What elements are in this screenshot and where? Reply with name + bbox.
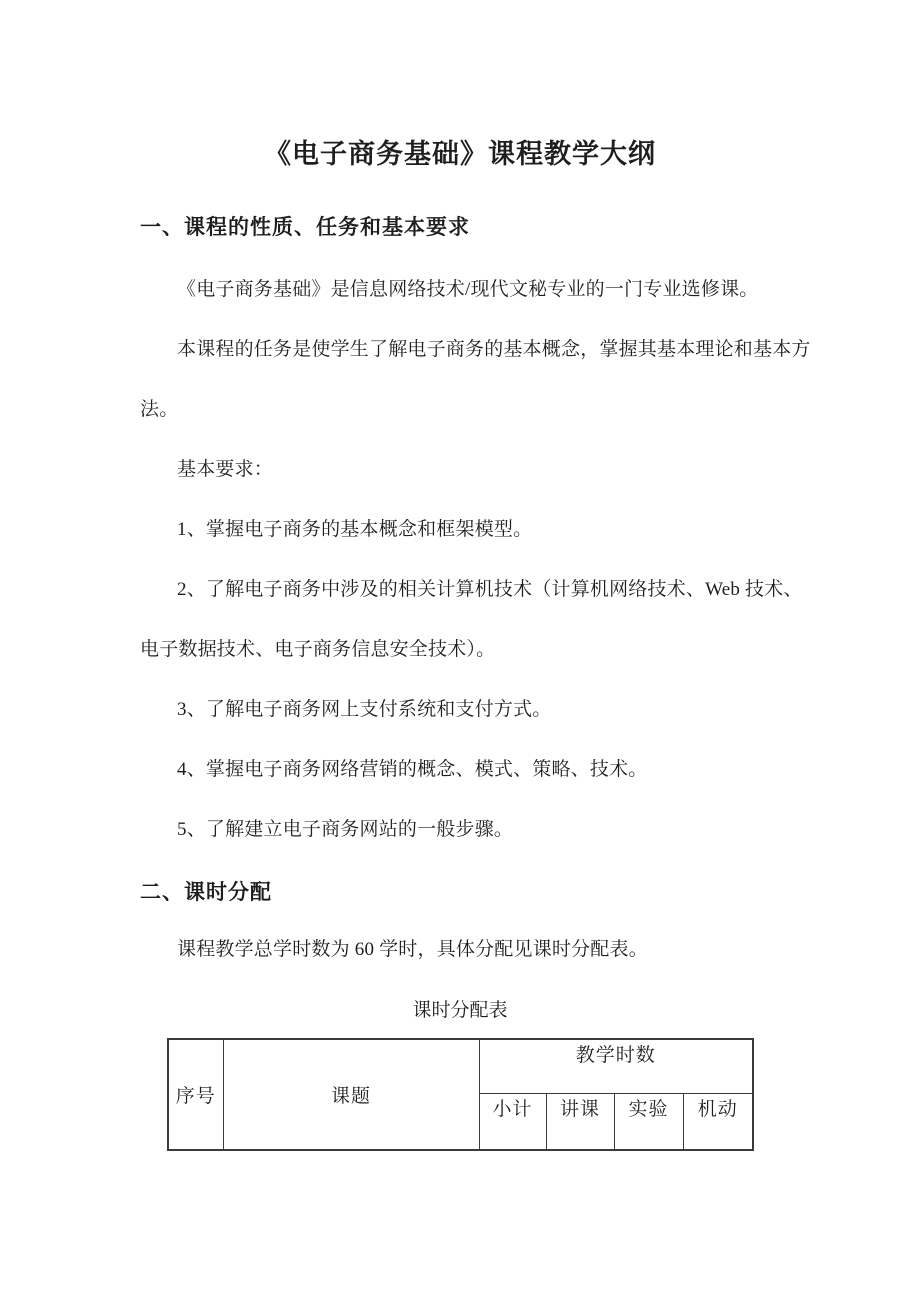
header-cell-teaching-hours: 教学时数 — [479, 1039, 753, 1094]
document-page: 《电子商务基础》课程教学大纲 一、课程的性质、任务和基本要求 《电子商务基础》是… — [0, 0, 920, 1302]
body-line: 5、了解建立电子商务网站的一般步骤。 — [177, 817, 513, 842]
body-line: 基本要求： — [177, 457, 273, 482]
body-line: 电子数据技术、电子商务信息安全技术）。 — [140, 637, 495, 662]
table-header-row-1: 序号 课题 教学时数 — [168, 1039, 753, 1094]
header-cell-topic: 课题 — [223, 1039, 479, 1150]
body-line: 3、了解电子商务网上支付系统和支付方式。 — [177, 697, 552, 722]
body-line: 1、掌握电子商务的基本概念和框架模型。 — [177, 517, 532, 542]
section-1-heading: 一、课程的性质、任务和基本要求 — [140, 211, 470, 241]
header-cell-seq: 序号 — [168, 1039, 223, 1150]
header-cell-flexible: 机动 — [683, 1094, 753, 1151]
table-caption: 课时分配表 — [0, 995, 920, 1022]
header-cell-experiment: 实验 — [614, 1094, 683, 1151]
section-2-heading: 二、课时分配 — [140, 876, 272, 906]
document-title: 《电子商务基础》课程教学大纲 — [0, 132, 920, 171]
body-line: 《电子商务基础》是信息网络技术/现代文秘专业的一门专业选修课。 — [177, 277, 758, 302]
body-line: 本课程的任务是使学生了解电子商务的基本概念，掌握其基本理论和基本方 — [177, 337, 811, 362]
body-line: 2、了解电子商务中涉及的相关计算机技术（计算机网络技术、Web 技术、 — [177, 577, 803, 602]
header-cell-lecture: 讲课 — [546, 1094, 614, 1151]
header-cell-subtotal: 小计 — [479, 1094, 546, 1151]
body-line: 课程教学总学时数为 60 学时，具体分配见课时分配表。 — [177, 937, 648, 962]
body-line: 法。 — [140, 397, 178, 422]
hours-allocation-table: 序号 课题 教学时数 小计 讲课 实验 机动 — [167, 1038, 754, 1151]
body-line: 4、掌握电子商务网络营销的概念、模式、策略、技术。 — [177, 757, 648, 782]
